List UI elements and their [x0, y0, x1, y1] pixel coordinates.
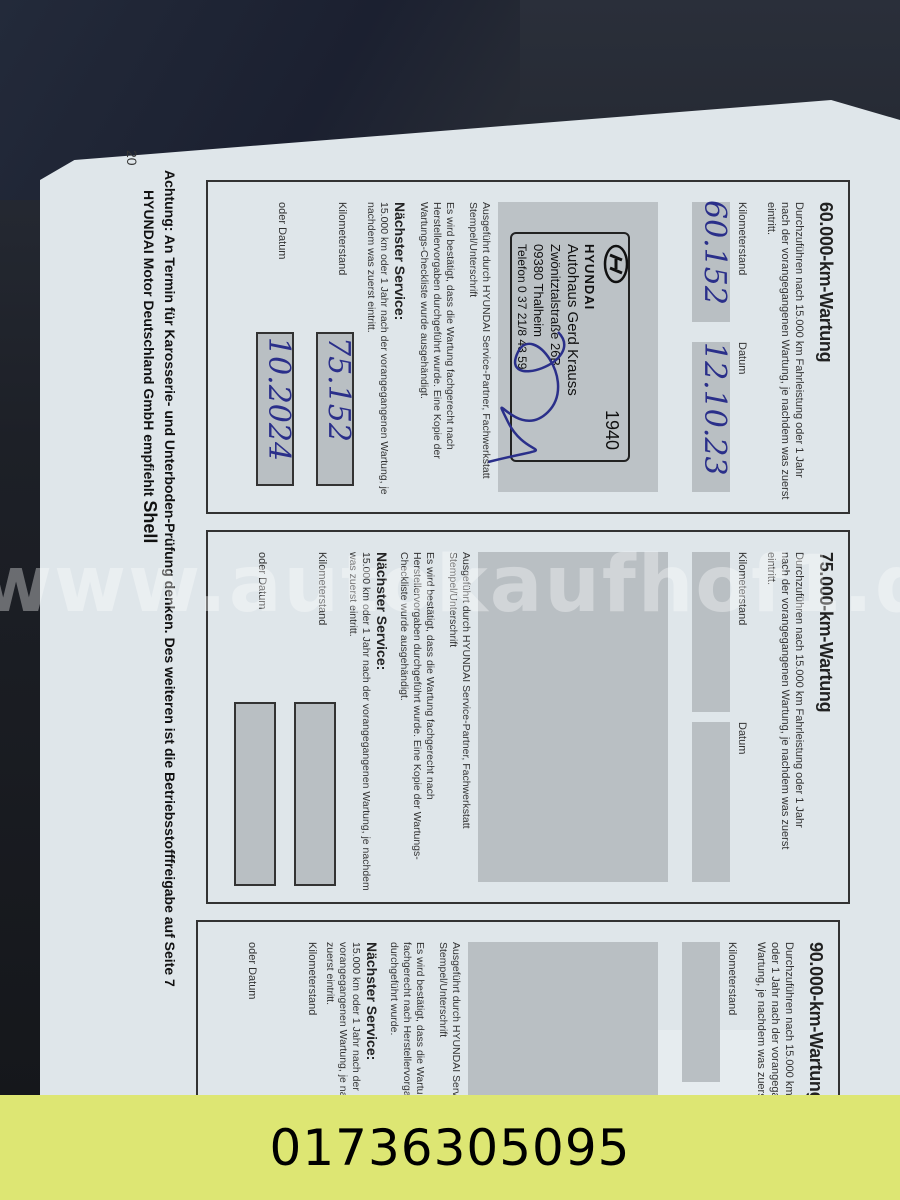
next-date-handwritten: 10.2024: [261, 337, 296, 461]
date-field: [692, 722, 730, 882]
signature-scribble: [478, 322, 588, 472]
dealer-number: 1940: [603, 410, 620, 450]
phone-banner: 01736305095: [0, 1095, 900, 1200]
panel-title: 90.000-km-Wartung: [805, 942, 826, 1102]
rotated-page-content: 60.000-km-Wartung Durchzuführen nach 15.…: [60, 150, 880, 1110]
next-mileage-label: Kilometerstand: [306, 942, 318, 1015]
mileage-label: Kilometerstand: [736, 202, 748, 275]
next-mileage-handwritten: 75.152: [321, 337, 356, 442]
panel-title: 60.000-km-Wartung: [815, 202, 836, 362]
confirmation-text: Es wird bestätigt, dass die Wartung fach…: [417, 202, 456, 502]
next-service-title: Nächster Service:: [392, 202, 408, 320]
stamp-signature-label: Stempel/Unterschrift: [436, 942, 449, 1037]
footer-note: Achtung: An Termin für Karosserie- und U…: [139, 170, 180, 1110]
mileage-field: [682, 942, 720, 1082]
next-date-field: [234, 702, 276, 886]
stamp-signature-label: Stempel/Unterschrift: [466, 202, 479, 297]
mileage-label: Kilometerstand: [726, 942, 738, 1015]
next-date-label: oder Datum: [276, 202, 288, 259]
footer-note-line1: Achtung: An Termin für Karosserie- und U…: [160, 170, 180, 1110]
performed-by: Ausgeführt durch HYUNDAI Service-Partner…: [479, 202, 492, 502]
page-number: 20: [124, 150, 140, 166]
date-label: Datum: [736, 722, 748, 754]
panel-description: Durchzuführen nach 15.000 km Fahrleistun…: [764, 202, 806, 502]
hyundai-logo-icon: [602, 244, 630, 284]
mileage-handwritten: 60.152: [697, 200, 732, 305]
next-service-title: Nächster Service:: [364, 942, 380, 1060]
watermark-text: www.autokaufhof1.de: [0, 540, 900, 630]
panel-60000-km: 60.000-km-Wartung Durchzuführen nach 15.…: [206, 180, 850, 514]
footer-note-line2: HYUNDAI Motor Deutschland GmbH empfiehlt: [141, 190, 157, 500]
phone-number[interactable]: 01736305095: [270, 1119, 631, 1177]
next-service-text: 15.000 km oder 1 Jahr nach der vorangega…: [364, 202, 390, 502]
date-handwritten: 12.10.23: [697, 342, 732, 476]
date-label: Datum: [736, 342, 748, 374]
next-mileage-label: Kilometerstand: [336, 202, 348, 275]
next-date-label: oder Datum: [246, 942, 258, 999]
next-mileage-field: [294, 702, 336, 886]
shell-brand: Shell: [140, 500, 160, 543]
stamp-area: HYUNDAI 1940 Autohaus Gerd Krauss Zwönit…: [498, 202, 658, 492]
